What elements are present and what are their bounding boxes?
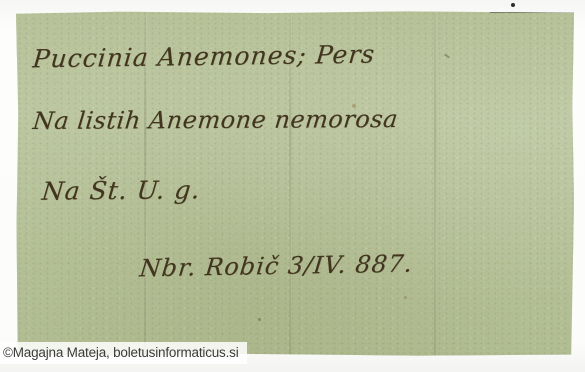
paper-stain <box>404 296 407 299</box>
handwritten-line-locality: Na Št. U. g. <box>41 175 202 205</box>
dust-speck <box>511 3 515 7</box>
paper-fold-crease <box>434 11 437 356</box>
handwritten-line-host: Na listih Anemone nemorosa <box>32 105 400 135</box>
scanned-label-image: Puccinia Anemones; Pers Na listih Anemon… <box>0 0 585 372</box>
copyright-watermark: ©Magajna Mateja, boletusinformaticus.si <box>0 342 247 364</box>
ink-mark <box>444 54 450 59</box>
paper-stain <box>258 318 261 321</box>
paper-edge-shadow <box>490 11 574 13</box>
handwritten-line-species: Puccinia Anemones; Pers <box>31 40 376 74</box>
handwritten-line-collector-date: Nbr. Robič 3/IV. 887. <box>138 250 414 283</box>
